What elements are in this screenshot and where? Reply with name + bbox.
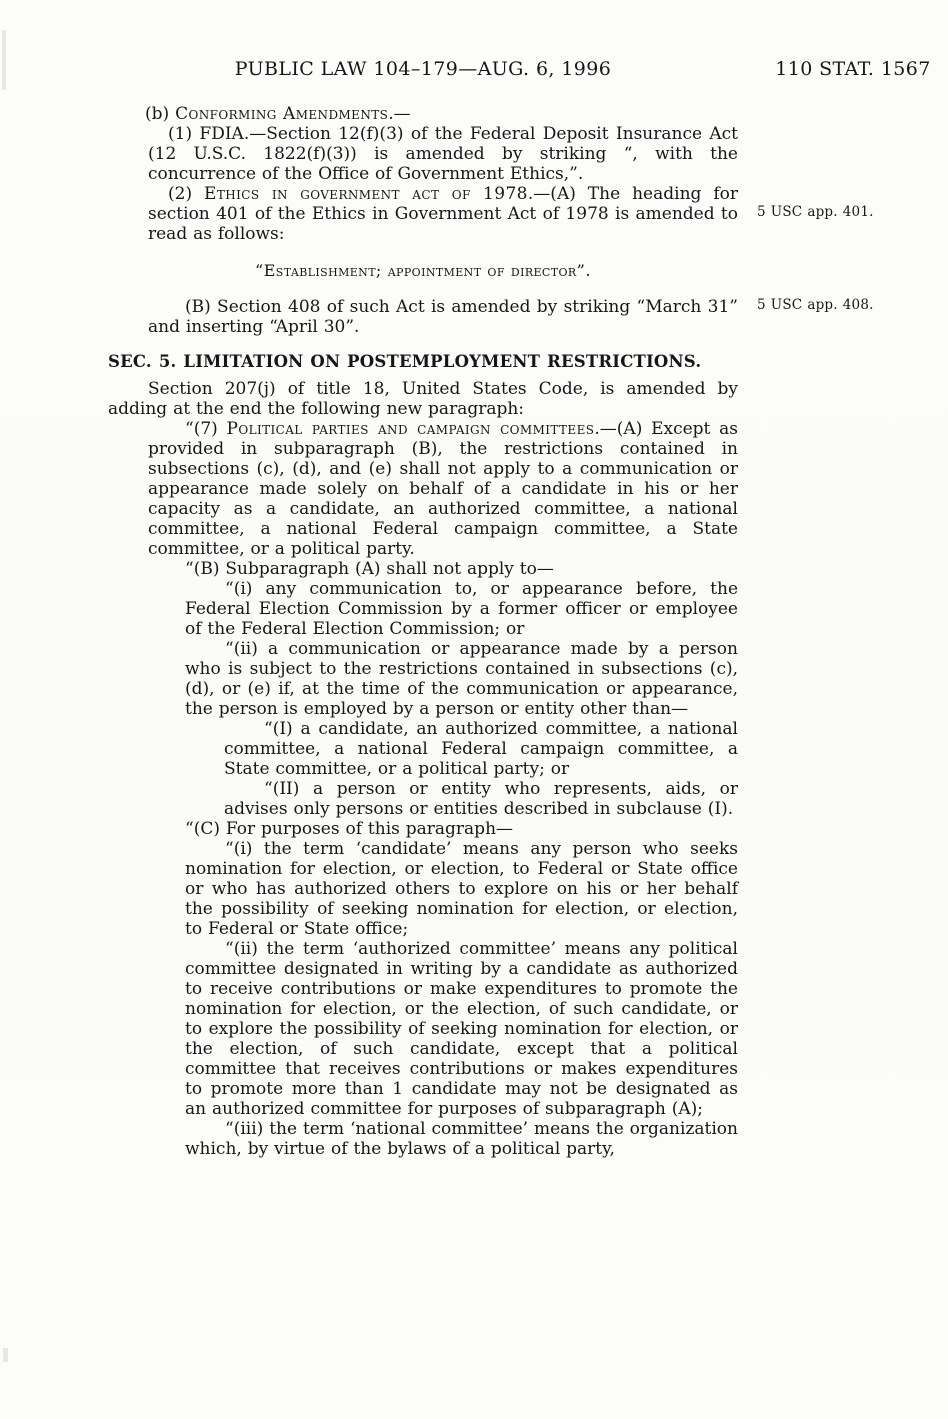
paragraph-num: (2) Ethics in government act of 1978.—(A… (148, 184, 738, 244)
usc-margin-note: 5 USC app. 401. (757, 204, 897, 220)
text-run: (1) FDIA.—Section 12(f)(3) of the Federa… (148, 124, 738, 184)
paragraph-num: (1) FDIA.—Section 12(f)(3) of the Federa… (148, 124, 738, 184)
law-citation: PUBLIC LAW 104–179—AUG. 6, 1996 (108, 58, 738, 80)
paragraph-sec-head: SEC. 5. LIMITATION ON POSTEMPLOYMENT RES… (108, 352, 738, 372)
scan-artifact (2, 30, 6, 90)
paragraph-alpha: “(C) For purposes of this paragraph— (148, 819, 738, 839)
paragraph-roman: “(iii) the term ‘national committee’ mea… (185, 1119, 738, 1159)
text-run: “(C) For purposes of this paragraph— (185, 819, 513, 839)
paragraph-clause: “(I) a candidate, an authorized committe… (224, 719, 738, 779)
text-run: (2) (168, 184, 204, 204)
paragraph-center-head: “Establishment; appointment of director”… (108, 261, 738, 281)
text-run: “(iii) the term ‘national committee’ mea… (185, 1119, 738, 1159)
paragraph-roman: “(i) the term ‘candidate’ means any pers… (185, 839, 738, 939)
text-run: “(ii) the term ‘authorized committee’ me… (185, 939, 738, 1119)
paragraph-subsec: (b) Conforming Amendments.— (108, 104, 738, 124)
paragraph-roman: “(i) any communication to, or appearance… (185, 579, 738, 639)
text-run: Section 207(j) of title 18, United State… (108, 379, 738, 419)
text-run: (b) (145, 104, 175, 124)
small-caps-run: Conforming Amendments (175, 104, 388, 124)
text-run: “(I) a candidate, an authorized committe… (224, 719, 738, 779)
paragraph-alpha: (B) Section 408 of such Act is amended b… (148, 297, 738, 337)
scan-artifact (3, 1348, 8, 1362)
small-caps-run: Political parties and campaign committee… (227, 419, 595, 439)
small-caps-run: Establishment; appointment of director (264, 261, 577, 280)
text-run: ”. (577, 261, 591, 280)
text-run: “(i) any communication to, or appearance… (185, 579, 738, 639)
small-caps-run: Ethics in government act of 1978 (204, 184, 528, 204)
usc-margin-note: 5 USC app. 408. (757, 297, 897, 313)
text-run: “(B) Subparagraph (A) shall not apply to… (185, 559, 554, 579)
text-run: (B) Section 408 of such Act is amended b… (148, 297, 738, 337)
stat-page-number: 110 STAT. 1567 (718, 58, 948, 80)
running-head: PUBLIC LAW 104–179—AUG. 6, 1996 110 STAT… (108, 58, 880, 84)
text-run: “(i) the term ‘candidate’ means any pers… (185, 839, 738, 939)
paragraph-alpha: “(B) Subparagraph (A) shall not apply to… (148, 559, 738, 579)
statute-body: (b) Conforming Amendments.—(1) FDIA.—Sec… (108, 104, 738, 1159)
paragraph-alpha: “(7) Political parties and campaign comm… (148, 419, 738, 559)
text-run: “ (255, 261, 264, 280)
text-run: .— (388, 104, 410, 124)
paragraph-flush-para: Section 207(j) of title 18, United State… (108, 379, 738, 419)
paragraph-clause: “(II) a person or entity who represents,… (224, 779, 738, 819)
text-run: “(7) (185, 419, 227, 439)
paragraph-roman: “(ii) a communication or appearance made… (185, 639, 738, 719)
statute-page: PUBLIC LAW 104–179—AUG. 6, 1996 110 STAT… (0, 0, 948, 1419)
text-run: “(ii) a communication or appearance made… (185, 639, 738, 719)
text-run: .—(A) Except as provided in subparagraph… (148, 419, 738, 559)
paragraph-roman: “(ii) the term ‘authorized committee’ me… (185, 939, 738, 1119)
text-run: SEC. 5. LIMITATION ON POSTEMPLOYMENT RES… (108, 352, 701, 371)
text-run: “(II) a person or entity who represents,… (224, 779, 738, 819)
